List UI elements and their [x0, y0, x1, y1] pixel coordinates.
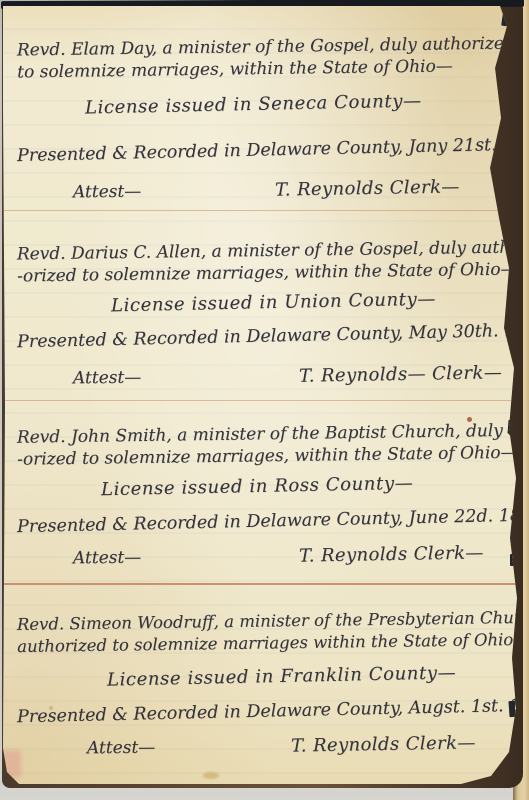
entry-divider-rule [3, 583, 519, 585]
entry-presented-line: Presented & Recorded in Delaware County,… [17, 134, 529, 166]
binding-mark [508, 701, 515, 717]
entry-license-line: License issued in Seneca County— [85, 90, 422, 118]
entry-clerk-signature: T. Reynolds Clerk— [299, 542, 484, 566]
ledger-page: Revd. Elam Day, a minister of the Gospel… [3, 6, 519, 784]
entry-presented-line: Presented & Recorded in Delaware County,… [17, 695, 529, 728]
entry-intro: Revd. Elam Day, a minister of the Gospel… [17, 33, 516, 84]
entry-attest-label: Attest— [87, 738, 155, 759]
entry-divider-rule [3, 210, 519, 211]
entry-attest-label: Attest— [73, 368, 141, 389]
entry-presented-line: Presented & Recorded in Delaware County,… [17, 505, 529, 537]
entry-intro: Revd. Simeon Woodruff, a minister of the… [17, 606, 529, 658]
entry-intro: Revd. John Smith, a minister of the Bapt… [17, 419, 529, 470]
entry-presented-line: Presented & Recorded in Delaware County,… [17, 320, 529, 352]
entry-clerk-signature: T. Reynolds— Clerk— [299, 362, 502, 387]
entry-intro: Revd. Darius C. Allen, a minister of the… [17, 237, 518, 288]
entry-attest-label: Attest— [73, 548, 141, 569]
scanned-document: Revd. Elam Day, a minister of the Gospel… [0, 0, 529, 800]
entry-divider-rule [3, 400, 519, 401]
foxing-spot [467, 417, 472, 422]
entry-license-line: License issued in Franklin County— [107, 662, 457, 690]
paper-stain [203, 772, 219, 779]
entry-clerk-signature: T. Reynolds Clerk— [291, 732, 476, 756]
entry-clerk-signature: T. Reynolds Clerk— [275, 176, 460, 200]
paper-stain [49, 706, 53, 710]
entry-attest-label: Attest— [73, 182, 141, 203]
entry-license-line: License issued in Union County— [111, 289, 436, 317]
entry-license-line: License issued in Ross County— [101, 473, 414, 501]
